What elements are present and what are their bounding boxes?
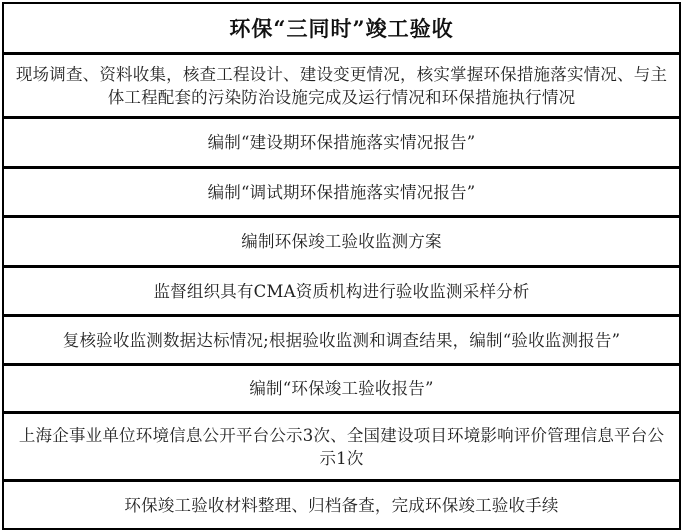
- step-construction-period-report: 编制“建设期环保措施落实情况报告”: [4, 119, 679, 169]
- step-cma-sampling: 监督组织具有CMA资质机构进行验收监测采样分析: [4, 268, 679, 317]
- step-site-investigation: 现场调查、资料收集，核查工程设计、建设变更情况，核实掌握环保措施落实情况、与主体…: [4, 55, 679, 119]
- step-monitoring-plan: 编制环保竣工验收监测方案: [4, 218, 679, 268]
- step-monitoring-report: 复核验收监测数据达标情况;根据验收监测和调查结果，编制“验收监测报告”: [4, 317, 679, 366]
- acceptance-process-table: 环保“三同时”竣工验收 现场调查、资料收集，核查工程设计、建设变更情况，核实掌握…: [2, 2, 681, 530]
- step-archive-completion: 环保竣工验收材料整理、归档备查，完成环保竣工验收手续: [4, 482, 679, 528]
- step-acceptance-report: 编制“环保竣工验收报告”: [4, 366, 679, 414]
- step-public-disclosure: 上海企事业单位环境信息公开平台公示3次、全国建设项目环境影响评价管理信息平台公示…: [4, 414, 679, 482]
- step-commissioning-period-report: 编制“调试期环保措施落实情况报告”: [4, 169, 679, 218]
- process-title: 环保“三同时”竣工验收: [4, 4, 679, 55]
